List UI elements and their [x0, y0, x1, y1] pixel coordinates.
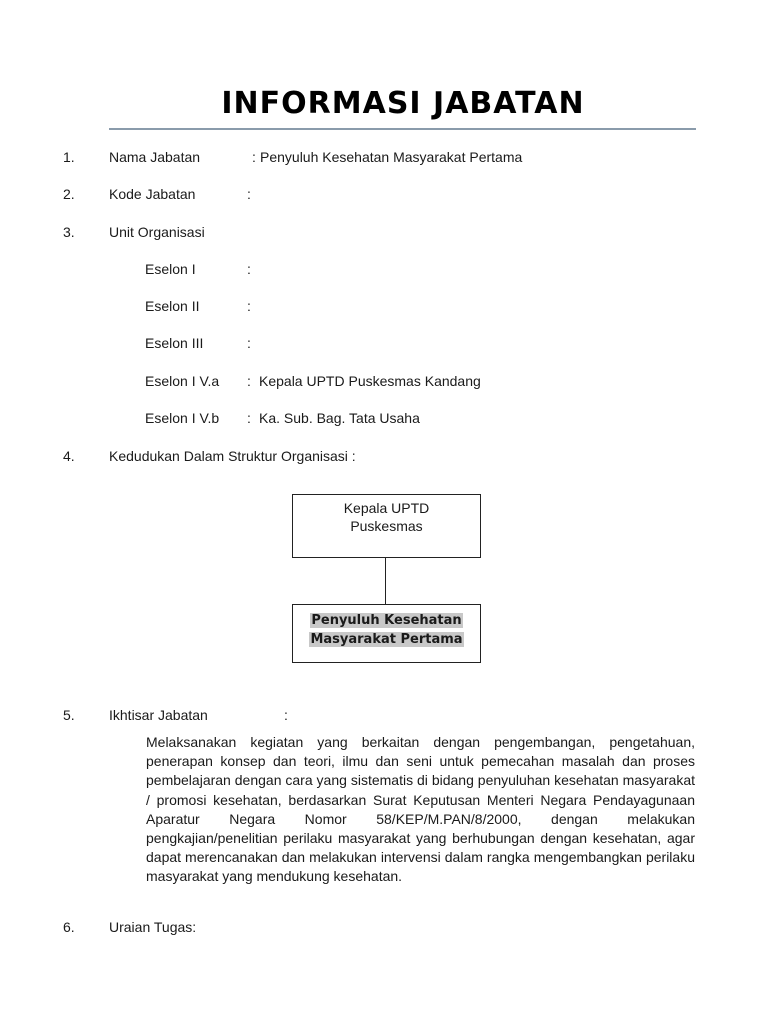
item-label: Ikhtisar Jabatan — [109, 705, 208, 725]
org-chart-connector — [385, 558, 386, 604]
eselon-label: Eselon II — [145, 296, 199, 316]
item-number: 5. — [63, 705, 75, 725]
eselon-colon: : — [247, 296, 251, 316]
item-value: Penyuluh Kesehatan Masyarakat Pertama — [260, 147, 522, 167]
org-chart-superior-line: Puskesmas — [293, 517, 480, 535]
eselon-value: Kepala UPTD Puskesmas Kandang — [259, 371, 481, 391]
title-divider — [109, 128, 696, 130]
item-colon: : — [252, 147, 256, 167]
item-label: Kode Jabatan — [109, 184, 195, 204]
eselon-colon: : — [247, 333, 251, 353]
org-chart-position-line: Masyarakat Pertama — [309, 632, 463, 647]
org-chart-superior-line: Kepala UPTD — [293, 499, 480, 517]
eselon-value: Ka. Sub. Bag. Tata Usaha — [259, 408, 420, 428]
eselon-colon: : — [247, 408, 251, 428]
item-label: Nama Jabatan — [109, 147, 200, 167]
eselon-colon: : — [247, 259, 251, 279]
eselon-colon: : — [247, 371, 251, 391]
document-title: INFORMASI JABATAN — [0, 86, 768, 121]
item-label: Uraian Tugas: — [109, 917, 196, 937]
eselon-label: Eselon I — [145, 259, 196, 279]
eselon-row: Eselon III : — [0, 333, 768, 353]
eselon-row: Eselon I : — [0, 259, 768, 279]
eselon-row: Eselon II : — [0, 296, 768, 316]
org-chart-superior-box: Kepala UPTD Puskesmas — [292, 494, 481, 558]
job-summary-paragraph: Melaksanakan kegiatan yang berkaitan den… — [146, 733, 695, 887]
item-nama-jabatan: 1. Nama Jabatan : Penyuluh Kesehatan Mas… — [0, 147, 768, 167]
item-number: 2. — [63, 184, 75, 204]
item-kode-jabatan: 2. Kode Jabatan : — [0, 184, 768, 204]
item-colon: : — [247, 184, 251, 204]
item-colon: : — [284, 705, 288, 725]
item-number: 1. — [63, 147, 75, 167]
item-ikhtisar-jabatan: 5. Ikhtisar Jabatan : — [0, 705, 768, 725]
item-uraian-tugas: 6. Uraian Tugas: — [0, 917, 768, 937]
item-number: 4. — [63, 446, 75, 466]
item-label: Kedudukan Dalam Struktur Organisasi : — [109, 446, 356, 466]
item-unit-organisasi: 3. Unit Organisasi — [0, 222, 768, 242]
eselon-row: Eselon I V.b : Ka. Sub. Bag. Tata Usaha — [0, 408, 768, 428]
eselon-row: Eselon I V.a : Kepala UPTD Puskesmas Kan… — [0, 371, 768, 391]
eselon-label: Eselon I V.b — [145, 408, 219, 428]
org-chart-position-box: Penyuluh Kesehatan Masyarakat Pertama — [292, 604, 481, 663]
eselon-label: Eselon III — [145, 333, 203, 353]
item-number: 3. — [63, 222, 75, 242]
eselon-label: Eselon I V.a — [145, 371, 219, 391]
item-label: Unit Organisasi — [109, 222, 205, 242]
item-kedudukan: 4. Kedudukan Dalam Struktur Organisasi : — [0, 446, 768, 466]
org-chart-position-line: Penyuluh Kesehatan — [310, 613, 462, 628]
item-number: 6. — [63, 917, 75, 937]
